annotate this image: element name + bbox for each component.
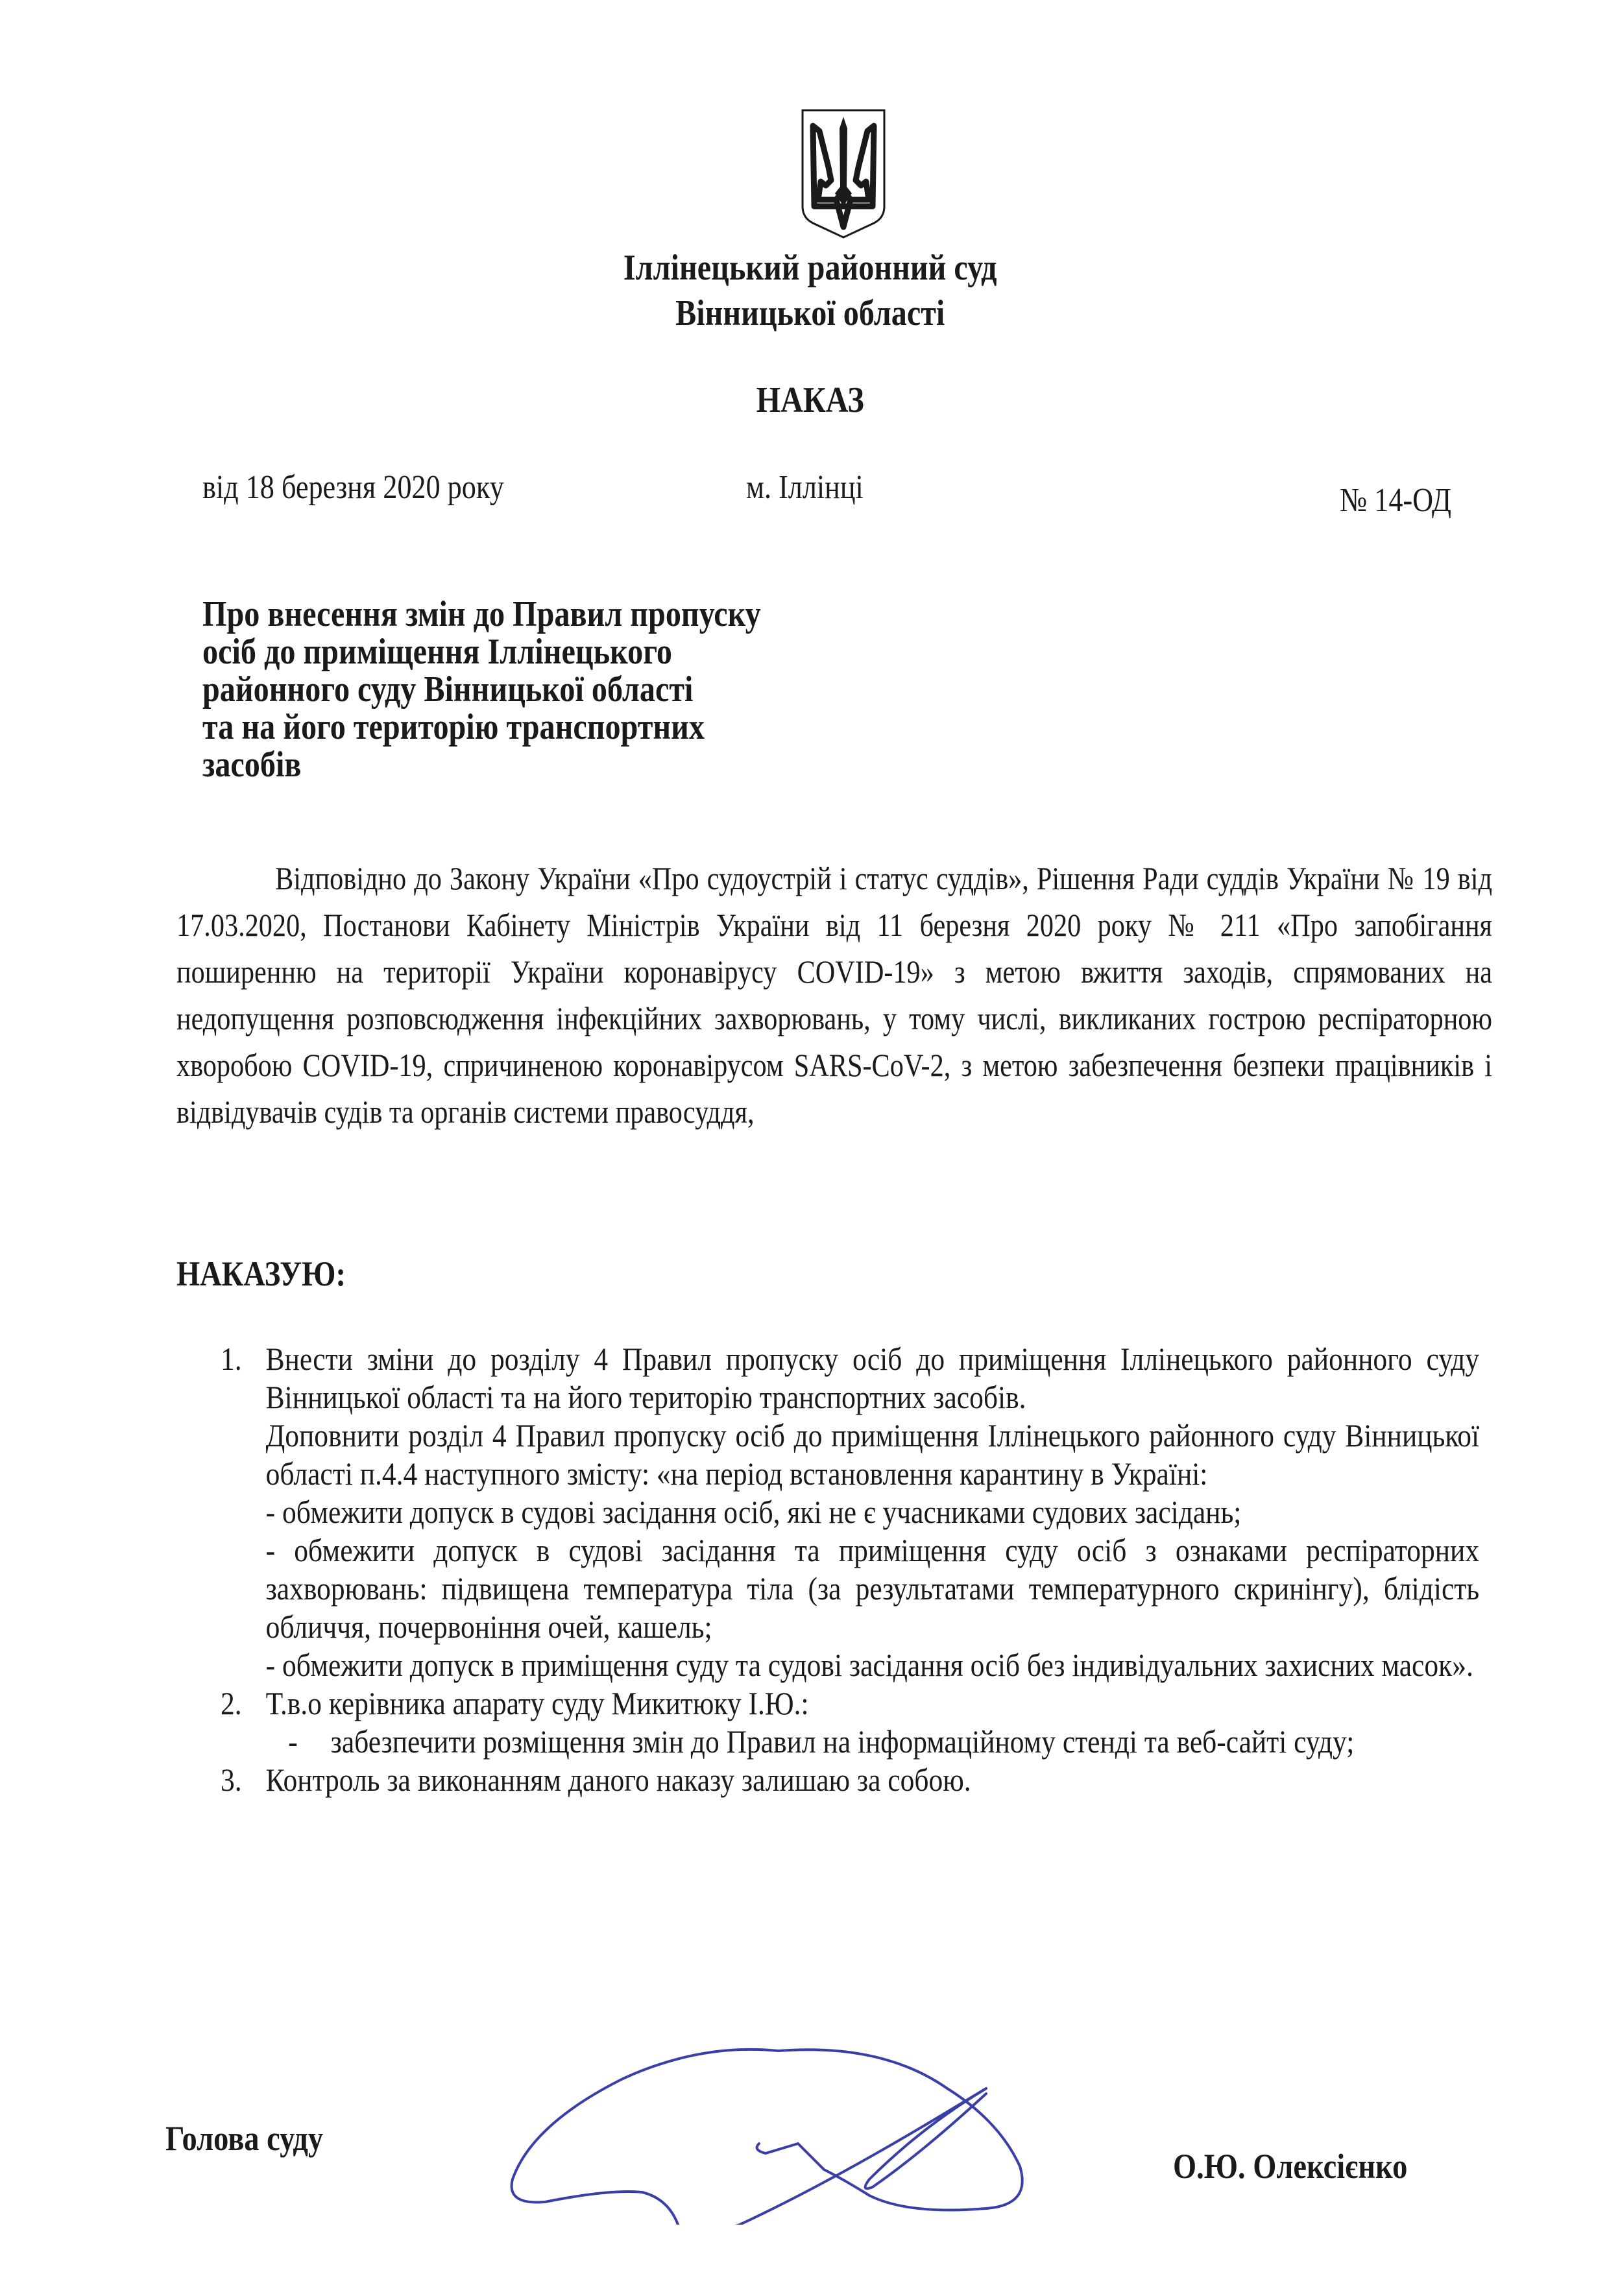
item-body: Контроль за виконанням даного наказу зал… — [266, 1761, 1480, 1799]
subject-line: районного суду Вінницької області — [202, 671, 928, 708]
item-number: 1. — [221, 1340, 266, 1684]
preamble-paragraph: Відповідно до Закону України «Про судоус… — [176, 855, 1492, 1135]
subject-line: Про внесення змін до Правил пропуску — [202, 595, 928, 633]
item-paragraph: - обмежити допуск в судові засідання та … — [266, 1531, 1480, 1646]
item-number: 2. — [221, 1684, 266, 1723]
signatory-role: Голова суду — [165, 2118, 323, 2159]
item-paragraph: - обмежити допуск в судові засідання осі… — [266, 1493, 1480, 1531]
dash-bullet: - — [288, 1723, 330, 1761]
document-subject: Про внесення змін до Правил пропуску осі… — [202, 595, 928, 783]
document-place: м. Іллінці — [746, 467, 864, 508]
order-heading: НАКАЗУЮ: — [176, 1253, 346, 1295]
subitem-text: забезпечити розміщення змін до Правил на… — [331, 1723, 1479, 1761]
organization-name: Іллінецький районний суд Вінницької обла… — [114, 245, 1506, 336]
order-item-1: 1. Внести зміни до розділу 4 Правил проп… — [221, 1340, 1479, 1684]
item-number: 3. — [221, 1761, 266, 1799]
document-type: НАКАЗ — [114, 377, 1506, 423]
subject-line: та на його територію транспортних — [202, 708, 928, 746]
item-paragraph: Внести зміни до розділу 4 Правил пропуск… — [266, 1340, 1480, 1417]
order-item-2-subitem: - забезпечити розміщення змін до Правил … — [288, 1723, 1479, 1761]
coat-of-arms-icon — [800, 109, 887, 239]
subject-line: засобів — [202, 746, 928, 783]
item-paragraph: Т.в.о керівника апарату суду Микитюку І.… — [266, 1684, 1480, 1723]
document-date: від 18 березня 2020 року — [202, 467, 504, 508]
item-body: Внести зміни до розділу 4 Правил пропуск… — [266, 1340, 1480, 1684]
signatory-name: О.Ю. Олексієнко — [1173, 2146, 1407, 2187]
organization-line-2: Вінницької області — [114, 291, 1506, 336]
item-paragraph: Контроль за виконанням даного наказу зал… — [266, 1761, 1480, 1799]
document-number: № 14-ОД — [1340, 480, 1451, 521]
order-item-2: 2. Т.в.о керівника апарату суду Микитюку… — [221, 1684, 1479, 1723]
order-items-list: 1. Внести зміни до розділу 4 Правил проп… — [221, 1340, 1479, 1799]
item-body: Т.в.о керівника апарату суду Микитюку І.… — [266, 1684, 1480, 1723]
subject-line: осіб до приміщення Іллінецького — [202, 633, 928, 671]
item-paragraph: - обмежити допуск в приміщення суду та с… — [266, 1646, 1480, 1684]
organization-line-1: Іллінецький районний суд — [114, 245, 1506, 291]
order-item-3: 3. Контроль за виконанням даного наказу … — [221, 1761, 1479, 1799]
item-paragraph: Доповнити розділ 4 Правил пропуску осіб … — [266, 1417, 1480, 1493]
handwritten-signature — [493, 2017, 1077, 2225]
